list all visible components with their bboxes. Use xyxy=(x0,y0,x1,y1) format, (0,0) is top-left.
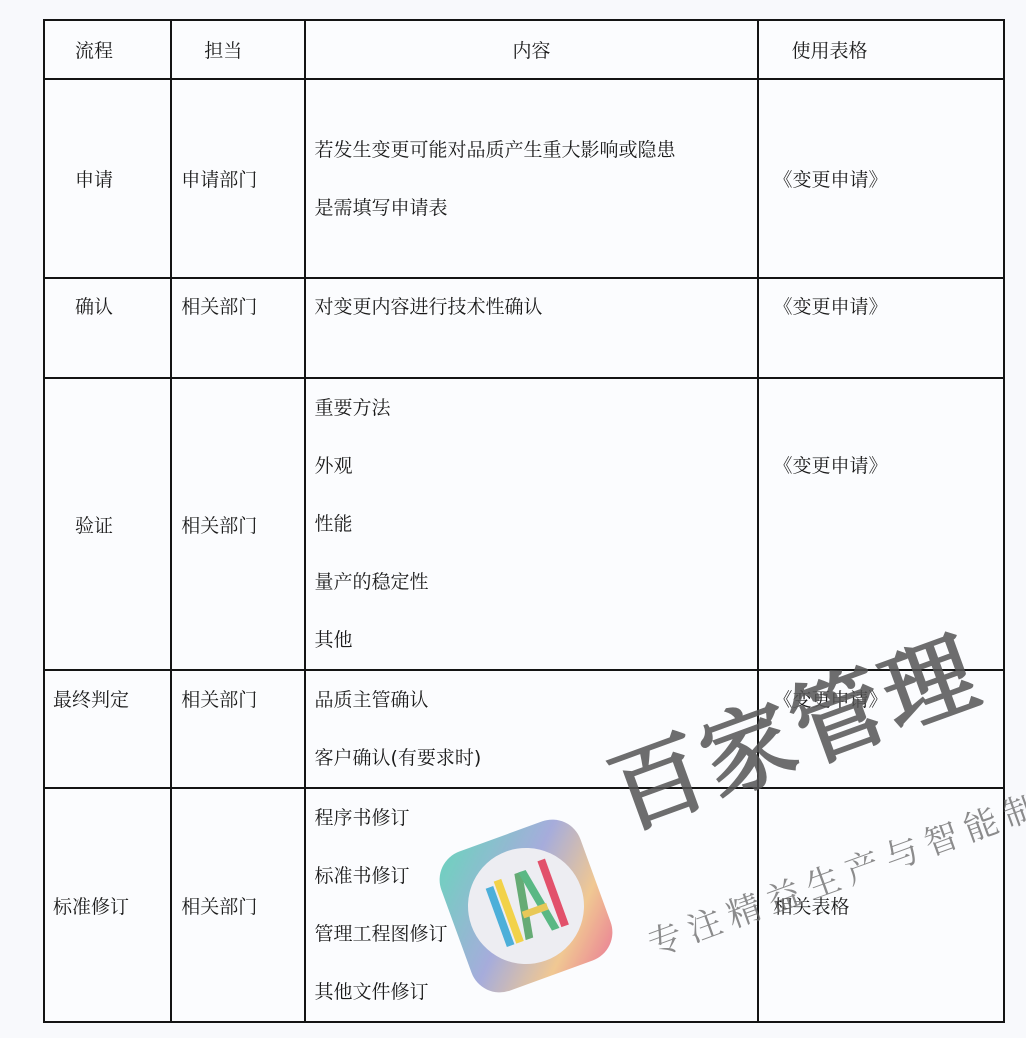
form-label: 《变更申请》 xyxy=(773,671,1003,729)
content-cell: 重要方法 外观 性能 量产的稳定性 其他 xyxy=(305,378,759,670)
content-line: 管理工程图修订 xyxy=(315,905,758,963)
content-line: 对变更内容进行技术性确认 xyxy=(315,279,758,335)
form-cell: 《变更申请》 xyxy=(758,670,1004,788)
content-line: 是需填写申请表 xyxy=(315,179,758,237)
owner-cell: 相关部门 xyxy=(171,788,304,1022)
change-management-table: 流程 担当 内容 使用表格 申请 申请部门 若发生变更可能对品质产生重大影响或隐… xyxy=(43,19,1005,1023)
content-cell: 对变更内容进行技术性确认 xyxy=(305,278,759,378)
header-owner: 担当 xyxy=(171,20,304,79)
content-line: 其他 xyxy=(315,611,758,669)
content-cell: 程序书修订 标准书修订 管理工程图修订 其他文件修订 xyxy=(305,788,759,1022)
content-line: 程序书修订 xyxy=(315,789,758,847)
process-label: 确认 xyxy=(75,279,170,335)
content-line: 其他文件修订 xyxy=(315,963,758,1021)
form-label: 《变更申请》 xyxy=(773,437,1003,495)
table-row: 确认 相关部门 对变更内容进行技术性确认 《变更申请》 xyxy=(44,278,1004,378)
process-cell: 标准修订 xyxy=(44,788,171,1022)
owner-label: 相关部门 xyxy=(181,279,303,335)
content-cell: 若发生变更可能对品质产生重大影响或隐患 是需填写申请表 xyxy=(305,79,759,278)
header-content: 内容 xyxy=(305,20,759,79)
content-line: 客户确认(有要求时) xyxy=(315,729,758,787)
content-line: 量产的稳定性 xyxy=(315,553,758,611)
table-row: 最终判定 相关部门 品质主管确认 客户确认(有要求时) 《变更申请》 xyxy=(44,670,1004,788)
header-form: 使用表格 xyxy=(758,20,1004,79)
owner-label: 相关部门 xyxy=(181,671,303,729)
process-cell: 最终判定 xyxy=(44,670,171,788)
table-row: 申请 申请部门 若发生变更可能对品质产生重大影响或隐患 是需填写申请表 《变更申… xyxy=(44,79,1004,278)
form-cell: 《变更申请》 xyxy=(758,378,1004,670)
content-line: 若发生变更可能对品质产生重大影响或隐患 xyxy=(315,121,758,179)
content-line: 重要方法 xyxy=(315,379,758,437)
owner-cell: 相关部门 xyxy=(171,278,304,378)
table-row: 标准修订 相关部门 程序书修订 标准书修订 管理工程图修订 其他文件修订 相关表… xyxy=(44,788,1004,1022)
process-cell: 验证 xyxy=(44,378,171,670)
content-line: 性能 xyxy=(315,495,758,553)
content-cell: 品质主管确认 客户确认(有要求时) xyxy=(305,670,759,788)
process-cell: 申请 xyxy=(44,79,171,278)
table-row: 验证 相关部门 重要方法 外观 性能 量产的稳定性 其他 《变更申请》 xyxy=(44,378,1004,670)
form-label: 《变更申请》 xyxy=(773,279,1003,335)
header-row: 流程 担当 内容 使用表格 xyxy=(44,20,1004,79)
content-line: 标准书修订 xyxy=(315,847,758,905)
process-cell: 确认 xyxy=(44,278,171,378)
form-cell: 《变更申请》 xyxy=(758,278,1004,378)
form-cell: 《变更申请》 xyxy=(758,79,1004,278)
owner-cell: 相关部门 xyxy=(171,378,304,670)
owner-cell: 申请部门 xyxy=(171,79,304,278)
content-line: 品质主管确认 xyxy=(315,671,758,729)
owner-cell: 相关部门 xyxy=(171,670,304,788)
content-line: 外观 xyxy=(315,437,758,495)
process-label: 最终判定 xyxy=(53,671,170,729)
form-cell: 相关表格 xyxy=(758,788,1004,1022)
header-process: 流程 xyxy=(44,20,171,79)
